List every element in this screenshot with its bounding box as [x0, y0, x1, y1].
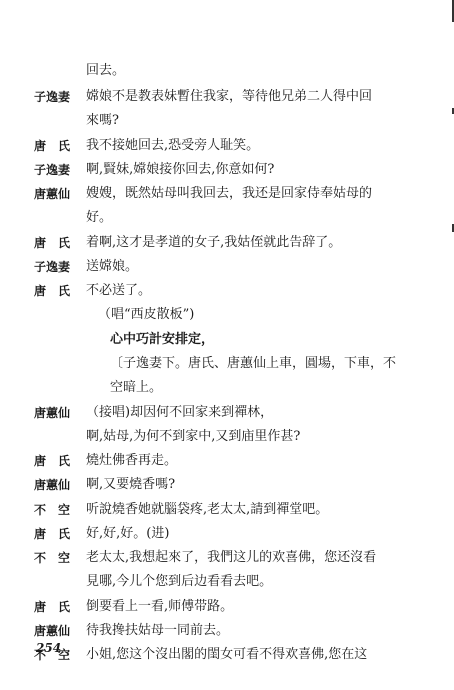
line-text: 听說燒香她就腦袋疼,老太太,請到禪堂吧。 [86, 499, 328, 521]
dialogue-line: 好。 [0, 207, 454, 229]
line-text: 小姐,您这个沒出閣的閨女可看不得欢喜佛,您在这 [86, 644, 367, 666]
speaker-name: 不 空 [34, 547, 80, 569]
line-text: （接唱)却因何不回家来到禪林， [86, 402, 273, 424]
line-text: 待我搀扶姑母一同前去。 [86, 620, 229, 642]
line-text: 好,好,好。(进) [86, 523, 169, 545]
line-text: 燒灶佛香再走。 [86, 450, 177, 472]
line-text: 回去。 [86, 60, 125, 82]
speaker-name: 唐蕙仙 [34, 183, 80, 205]
line-text: 啊,賢妹,嫦娘接你回去,你意如何? [86, 159, 274, 181]
line-text: 送嫦娘。 [86, 256, 138, 278]
dialogue-line: 唐蕙仙待我搀扶姑母一同前去。 [0, 620, 454, 642]
speaker-name: 唐 氏 [34, 280, 80, 302]
line-text: 不必送了。 [86, 280, 151, 302]
line-text: 啊,又要燒香嗎? [86, 474, 175, 496]
dialogue-line: 心中巧計安排定， [0, 329, 454, 351]
line-text: 〔子逸妻下。唐氏、唐蕙仙上車，圓場，下車，不 [110, 353, 396, 375]
line-text: 嫂嫂，既然姑母叫我回去，我还是回家侍奉姑母的 [86, 183, 372, 205]
line-text: 來嗎? [86, 110, 119, 132]
dialogue-line: 來嗎? [0, 110, 454, 132]
speaker-name: 子逸妻 [34, 256, 80, 278]
dialogue-line: 唐蕙仙啊,又要燒香嗎? [0, 474, 454, 496]
dialogue-line: 唐 氏不必送了。 [0, 280, 454, 302]
dialogue-line: 空暗上。 [0, 377, 454, 399]
line-text: 老太太,我想起來了，我們这儿的欢喜佛，您还沒看 [86, 547, 376, 569]
line-text: （唱“西皮散板”) [98, 304, 194, 326]
speaker-name: 唐 氏 [34, 232, 80, 254]
line-text: 啊,姑母,为何不到家中,又到庙里作甚? [86, 426, 300, 448]
line-text: 好。 [86, 207, 112, 229]
speaker-name: 子逸妻 [34, 86, 80, 108]
line-text: 嫦娘不是教表妹暫住我家，等待他兄弟二人得中回 [86, 86, 372, 108]
dialogue-line: 唐蕙仙（接唱)却因何不回家来到禪林， [0, 402, 454, 424]
dialogue-line: 子逸妻送嫦娘。 [0, 256, 454, 278]
speaker-name: 唐蕙仙 [34, 620, 80, 642]
line-text: 着啊,这才是孝道的女子,我姑侄就此告辞了。 [86, 232, 341, 254]
speaker-name: 唐 氏 [34, 596, 80, 618]
dialogue-line: 子逸妻嫦娘不是教表妹暫住我家，等待他兄弟二人得中回 [0, 86, 454, 108]
dialogue-line: （唱“西皮散板”) [0, 304, 454, 326]
dialogue-line: 唐 氏着啊,这才是孝道的女子,我姑侄就此告辞了。 [0, 232, 454, 254]
dialogue-line: 〔子逸妻下。唐氏、唐蕙仙上車，圓場，下車，不 [0, 353, 454, 375]
line-text: 心中巧計安排定， [110, 329, 214, 351]
page-number: 254 [36, 641, 61, 655]
dialogue-line: 回去。 [0, 60, 454, 82]
speaker-name: 唐 氏 [34, 450, 80, 472]
book-page: 回去。子逸妻嫦娘不是教表妹暫住我家，等待他兄弟二人得中回來嗎?唐 氏我不接她回去… [0, 0, 454, 690]
dialogue-line: 唐 氏倒要看上一看,师傅带路。 [0, 596, 454, 618]
dialogue-line: 子逸妻啊,賢妹,嫦娘接你回去,你意如何? [0, 159, 454, 181]
dialogue-line: 見哪,今儿个您到后边看看去吧。 [0, 571, 454, 593]
dialogue-line: 不 空小姐,您这个沒出閣的閨女可看不得欢喜佛,您在这 [0, 644, 454, 666]
dialogue-line: 唐 氏燒灶佛香再走。 [0, 450, 454, 472]
line-text: 我不接她回去,恐受旁人耻笑。 [86, 135, 259, 157]
dialogue-line: 唐 氏好,好,好。(进) [0, 523, 454, 545]
line-text: 見哪,今儿个您到后边看看去吧。 [86, 571, 272, 593]
dialogue-line: 啊,姑母,为何不到家中,又到庙里作甚? [0, 426, 454, 448]
speaker-name: 唐蕙仙 [34, 402, 80, 424]
speaker-name: 子逸妻 [34, 159, 80, 181]
speaker-name: 唐蕙仙 [34, 474, 80, 496]
dialogue-line: 不 空听說燒香她就腦袋疼,老太太,請到禪堂吧。 [0, 499, 454, 521]
speaker-name: 不 空 [34, 499, 80, 521]
dialogue-line: 唐 氏我不接她回去,恐受旁人耻笑。 [0, 135, 454, 157]
line-text: 倒要看上一看,师傅带路。 [86, 596, 233, 618]
dialogue-line: 不 空老太太,我想起來了，我們这儿的欢喜佛，您还沒看 [0, 547, 454, 569]
line-text: 空暗上。 [110, 377, 162, 399]
dialogue-line: 唐蕙仙嫂嫂，既然姑母叫我回去，我还是回家侍奉姑母的 [0, 183, 454, 205]
speaker-name: 唐 氏 [34, 135, 80, 157]
speaker-name: 唐 氏 [34, 523, 80, 545]
